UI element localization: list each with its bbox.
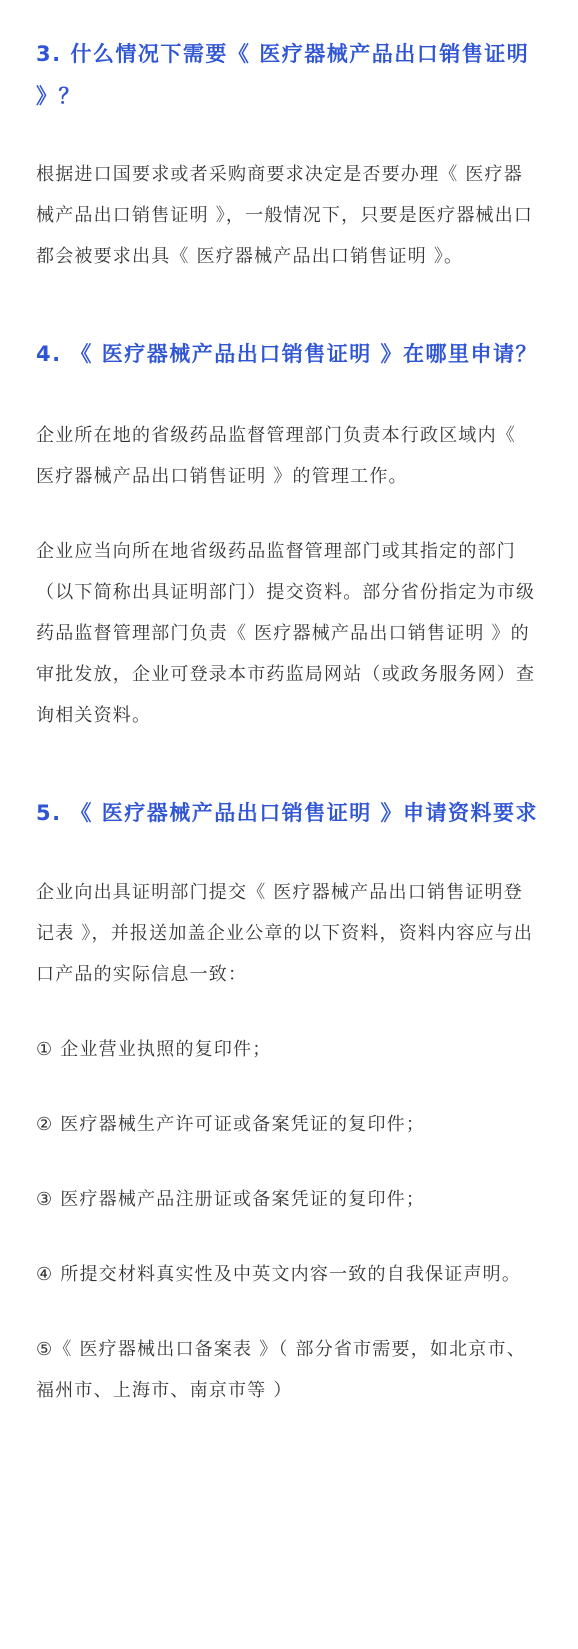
article-body: 3. 什么情况下需要《 医疗器械产品出口销售证明 》？ 根据进口国要求或者采购商… [0,0,578,1411]
list-item-self-guarantee-statement: ④ 所提交材料真实性及中英文内容一致的自我保证声明。 [36,1254,542,1295]
paragraph-where-to-apply-authority: 企业所在地的省级药品监督管理部门负责本行政区域内《 医疗器械产品出口销售证明 》… [36,415,542,497]
paragraph-application-requirements: 企业向出具证明部门提交《 医疗器械产品出口销售证明登记表 》，并报送加盖企业公章… [36,872,542,995]
section-heading-where-to-apply: 4. 《 医疗器械产品出口销售证明 》在哪里申请？ [36,333,542,375]
list-item-business-license: ① 企业营业执照的复印件； [36,1029,542,1070]
paragraph-where-to-apply-submission: 企业应当向所在地省级药品监督管理部门或其指定的部门（以下简称出具证明部门）提交资… [36,531,542,736]
paragraph-when-needed: 根据进口国要求或者采购商要求决定是否要办理《 医疗器械产品出口销售证明 》，一般… [36,154,542,277]
section-heading-when-needed: 3. 什么情况下需要《 医疗器械产品出口销售证明 》？ [36,0,542,117]
list-item-registration-certificate: ③ 医疗器械产品注册证或备案凭证的复印件； [36,1179,542,1220]
section-heading-application-requirements: 5. 《 医疗器械产品出口销售证明 》申请资料要求 [36,792,542,834]
list-item-export-filing-form: ⑤《 医疗器械出口备案表 》（ 部分省市需要，如北京市、福州市、上海市、南京市等… [36,1329,542,1411]
list-item-production-license: ② 医疗器械生产许可证或备案凭证的复印件； [36,1104,542,1145]
